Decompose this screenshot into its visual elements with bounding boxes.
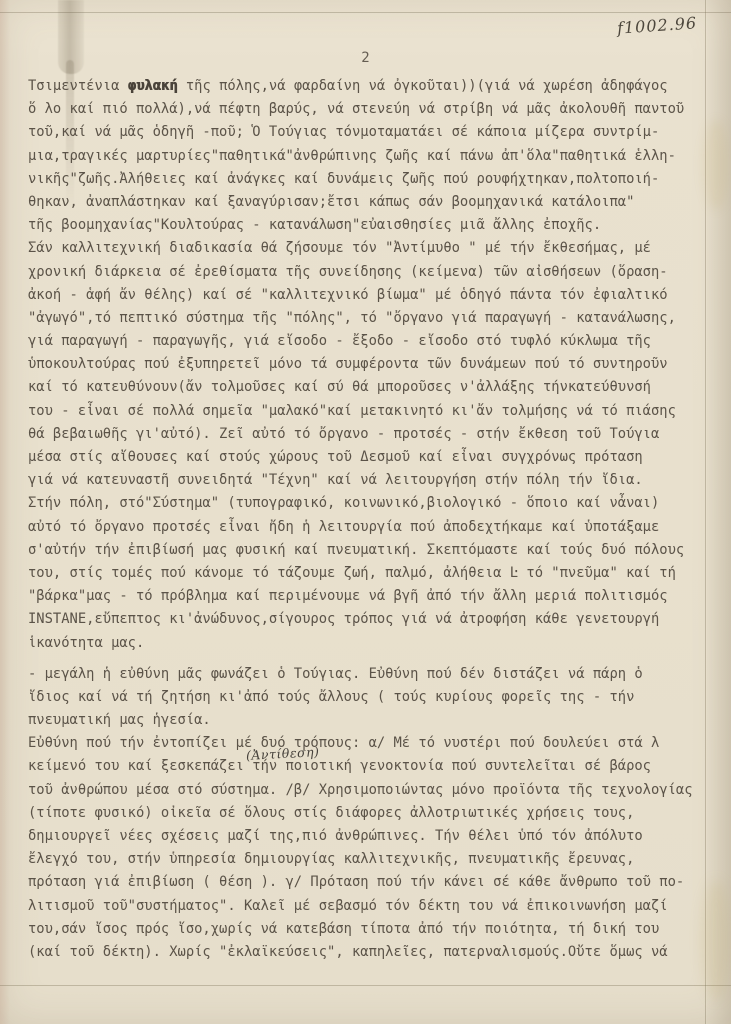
paragraph: - μεγάλη ἡ εὐθύνη μᾶς φωνάζει ὁ Τούγιας.… <box>28 663 704 733</box>
typed-line: ἔλεγχό του, στήν ὑπηρεσία δημιουργίας κα… <box>28 848 704 871</box>
typed-line: "ἀγωγό",τό πεπτικό σύστημα τῆς "πόλης", … <box>28 307 704 330</box>
paragraph: Σάν καλλιτεχνική διαδικασία θά ζήσουμε τ… <box>28 237 704 654</box>
typed-line: του,σάν ἴσος πρός ἴσο,χωρίς νά κατεβάση … <box>28 918 704 941</box>
typed-line: αὐτό τό ὄργανο προτσές εἶναι ἤδη ἡ λειτο… <box>28 516 704 539</box>
scanned-typewritten-page: f1002.96 2 Τσιμεντένια φυλακή τῆς πόλης,… <box>0 0 731 1024</box>
typed-line: του, στίς τομές πού κάνομε τό τάζουμε ζω… <box>28 562 704 585</box>
typed-line: του - εἶναι σέ πολλά σημεῖα "μαλακό"καί … <box>28 400 704 423</box>
typed-text: Τσιμεντένια φυλακή τῆς πόλης,νά φαρδαίνη… <box>28 75 704 964</box>
typed-line: τῆς βοομηχανίας"Κουλτούρας - κατανάλωση"… <box>28 214 704 237</box>
paragraph: Εὐθύνη πού τήν ἐντοπίζει μέ δυό τρόπους:… <box>28 732 704 964</box>
typed-line: χρονική διάρκεια σέ ἐρεθίσματα τῆς συνεί… <box>28 261 704 284</box>
typed-line: Στήν πόλη, στό"Σύστημα" (τυπογραφικό, κο… <box>28 492 704 515</box>
typed-line: πνευματική μας ἡγεσία. <box>28 709 704 732</box>
typed-line: τοῦ ἀνθρώπου μέσα στό σύστημα. /β/ Χρησι… <box>28 779 704 802</box>
handwritten-archive-code: f1002.96 <box>616 13 697 38</box>
typed-line: ἀκοή - ἁφή ἄν θέλης) καί σέ "καλλιτεχνικ… <box>28 284 704 307</box>
typed-line: θηκαν, ἀναπλάστηκαν καί ξαναγύρισαν;ἔτσι… <box>28 191 704 214</box>
typed-line: ἴδιος καί νά τή ζητήση κι'ἀπό τούς ἄλλου… <box>28 686 704 709</box>
typed-line: νικῆς"ζωῆς.Ἀλήθειες καί ἀνάγκες καί δυνά… <box>28 168 704 191</box>
typed-line: καί τό κατευθύνουν(ἄν τολμοῦσες καί σύ θ… <box>28 376 704 399</box>
typed-line: ὅ λο καί πιό πολλά),νά πέφτη βαρύς, νά σ… <box>28 98 704 121</box>
paper-top-crease <box>0 12 731 13</box>
typed-line: INSTANE,εὔπεπτος κι'ἀνώδυνος,σίγουρος τρ… <box>28 608 704 631</box>
paragraph: Τσιμεντένια φυλακή τῆς πόλης,νά φαρδαίνη… <box>28 75 704 237</box>
typed-line: ὑποκουλτούρας πού ἐξυπηρετεῖ μόνο τά συμ… <box>28 353 704 376</box>
typed-line: κείμενό του καί ξεσκεπάζει τήν ποιοτική … <box>28 755 704 778</box>
typed-line: Εὐθύνη πού τήν ἐντοπίζει μέ δυό τρόπους:… <box>28 732 704 755</box>
page-number: 2 <box>0 50 731 66</box>
paper-left-edge <box>0 0 10 1024</box>
typed-line: "βάρκα"μας - τό πρόβλημα καί περιμένουμε… <box>28 585 704 608</box>
paper-bottom-crease <box>0 985 731 986</box>
typed-line: μέσα στίς αἴθουσες καί στούς χώρους τοῦ … <box>28 446 704 469</box>
typed-line: (καί τοῦ δέκτη). Χωρίς "ἐκλαϊκεύσεις", κ… <box>28 941 704 964</box>
typed-line: θά βεβαιωθῆς γι'αὐτό). Ζεῖ αὐτό τό ὄργαν… <box>28 423 704 446</box>
typed-line: Τσιμεντένια φυλακή τῆς πόλης,νά φαρδαίνη… <box>28 75 704 98</box>
typed-line: (τίποτε φυσικό) οἰκεῖα σέ ὅλους στίς διά… <box>28 802 704 825</box>
typed-line: πρόταση γιά ἐπιβίωση ( θέση ). γ/ Πρότασ… <box>28 871 704 894</box>
typed-line: μια,τραγικές μαρτυρίες"παθητικά"ἀνθρώπιν… <box>28 145 704 168</box>
typed-line: γιά παραγωγή - παραγωγῆς, γιά εἴσοδο - ἔ… <box>28 330 704 353</box>
typed-line: - μεγάλη ἡ εὐθύνη μᾶς φωνάζει ὁ Τούγιας.… <box>28 663 704 686</box>
paper-stain <box>703 120 729 210</box>
typed-line: δημιουργεῖ νέες σχέσεις μαζί της,πιό ἀνθ… <box>28 825 704 848</box>
typed-line: Σάν καλλιτεχνική διαδικασία θά ζήσουμε τ… <box>28 237 704 260</box>
typed-line: λιτισμοῦ τοῦ"συστήματος". Καλεῖ μέ σεβασ… <box>28 895 704 918</box>
typed-line: γιά νά κατευναστῆ συνειδητά "Τέχνη" καί … <box>28 469 704 492</box>
typed-line: τοῦ,καί νά μᾶς ὁδηγῆ -ποῦ; Ὁ Τούγιας τόν… <box>28 121 704 144</box>
typed-line: σ'αὐτήν τήν ἐπιβίωσή μας φυσική καί πνευ… <box>28 539 704 562</box>
paper-stain <box>701 880 731 1000</box>
typed-line: ἱκανότητα μας. <box>28 632 704 655</box>
